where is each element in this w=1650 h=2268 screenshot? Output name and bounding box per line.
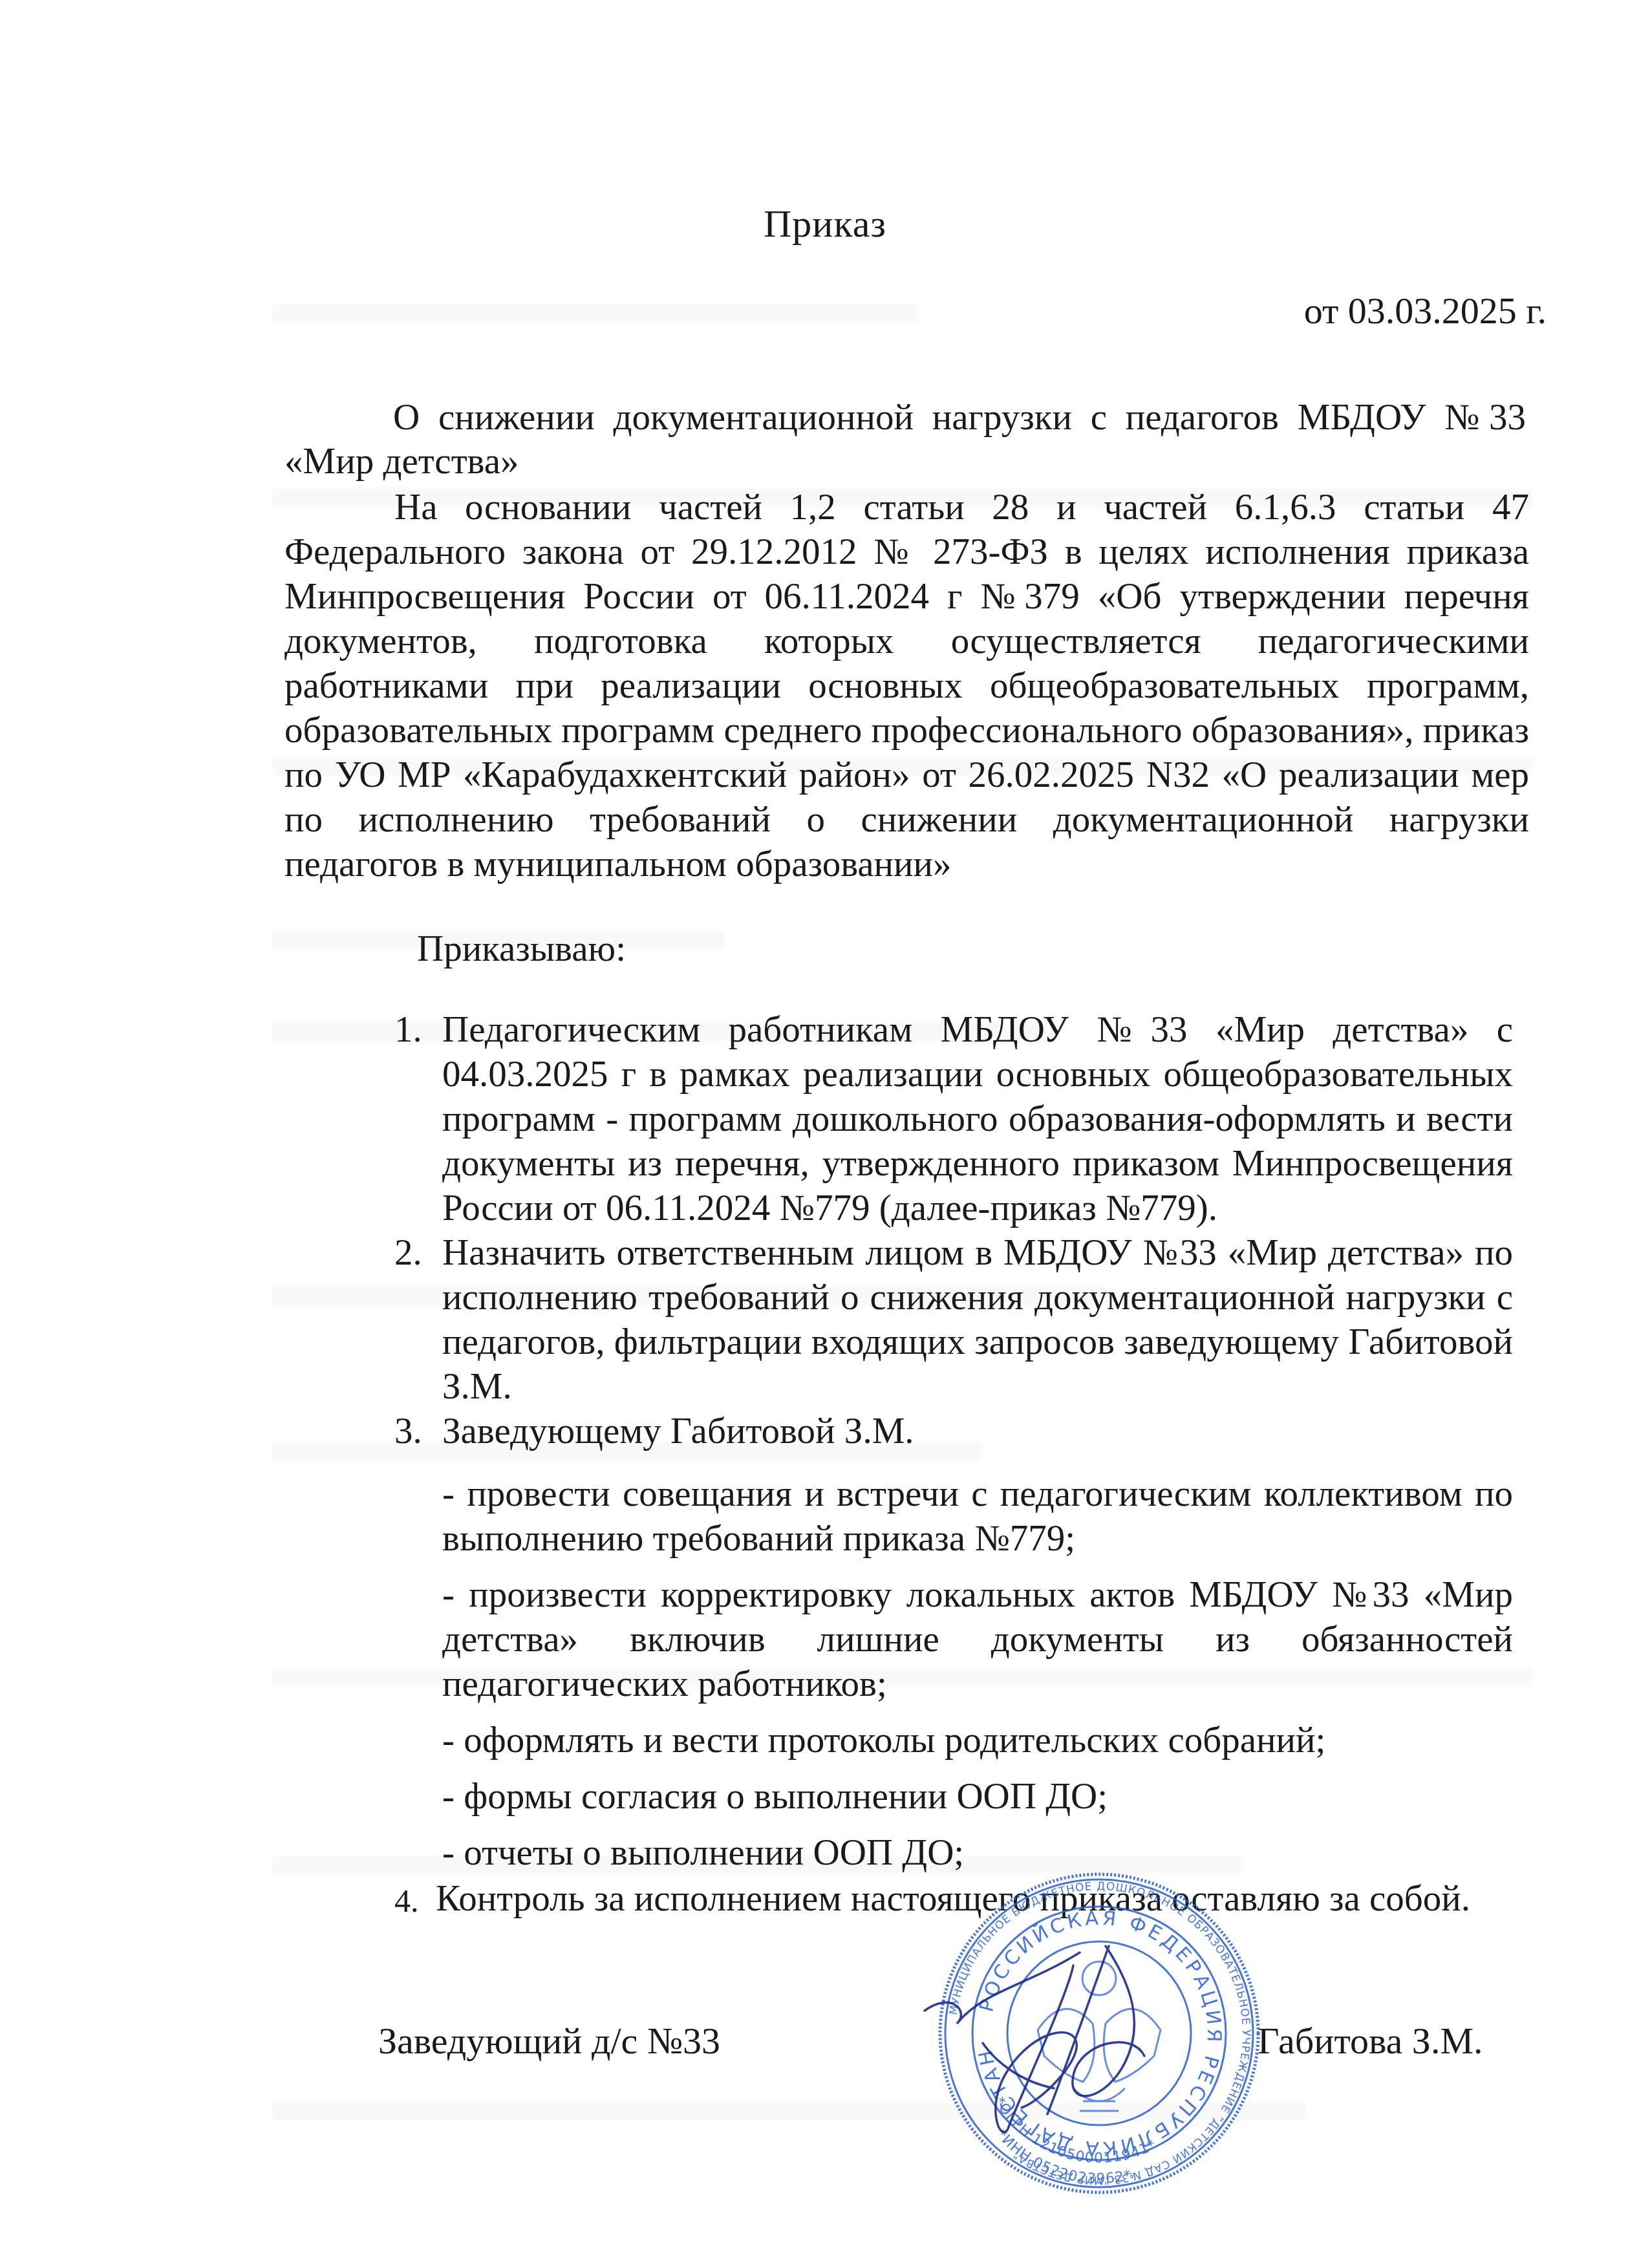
document-subject: О снижении документационной нагрузки с п… — [284, 396, 1526, 484]
item-number: 1. — [394, 1007, 422, 1052]
bleed-through-texture — [272, 304, 918, 323]
signatory-name: Габитова З.М. — [1258, 2019, 1483, 2062]
item-text: Назначить ответственным лицом в МБДОУ №3… — [442, 1232, 1513, 1407]
order-item: 2. Назначить ответственным лицом в МБДОУ… — [394, 1230, 1513, 1409]
signatory-position: Заведующий д/с №33 — [378, 2019, 720, 2062]
item-text: Заведующему Габитовой З.М. — [442, 1411, 914, 1451]
document-date: от 03.03.2025 г. — [1304, 289, 1547, 332]
basis-text: На основании частей 1,2 статьи 28 и част… — [284, 487, 1529, 884]
subject-text: О снижении документационной нагрузки с п… — [284, 397, 1526, 482]
sub-item: - произвести корректировку локальных акт… — [442, 1572, 1513, 1706]
item-number: 4. — [394, 1879, 419, 1923]
item-number: 3. — [394, 1409, 422, 1453]
sub-item: - провести совещания и встречи с педагог… — [442, 1471, 1513, 1561]
sub-item: - формы согласия о выполнении ООП ДО; — [442, 1774, 1513, 1819]
order-item: 1. Педагогическим работникам МБДОУ №33 «… — [394, 1007, 1513, 1230]
orders-label: Приказываю: — [417, 928, 626, 970]
handwritten-signature-icon — [912, 1914, 1183, 2159]
basis-paragraph: На основании частей 1,2 статьи 28 и част… — [284, 485, 1529, 886]
order-items-list: 1. Педагогическим работникам МБДОУ №33 «… — [394, 1007, 1513, 1921]
sub-item: - оформлять и вести протоколы родительск… — [442, 1718, 1513, 1762]
item-text: Педагогическим работникам МБДОУ №33 «Мир… — [442, 1009, 1513, 1228]
order-item: 3. Заведующему Габитовой З.М. - провести… — [394, 1409, 1513, 1875]
document-title: Приказ — [0, 202, 1650, 246]
document-page: Приказ от 03.03.2025 г. О снижении докум… — [0, 0, 1650, 2268]
item-number: 2. — [394, 1230, 422, 1275]
